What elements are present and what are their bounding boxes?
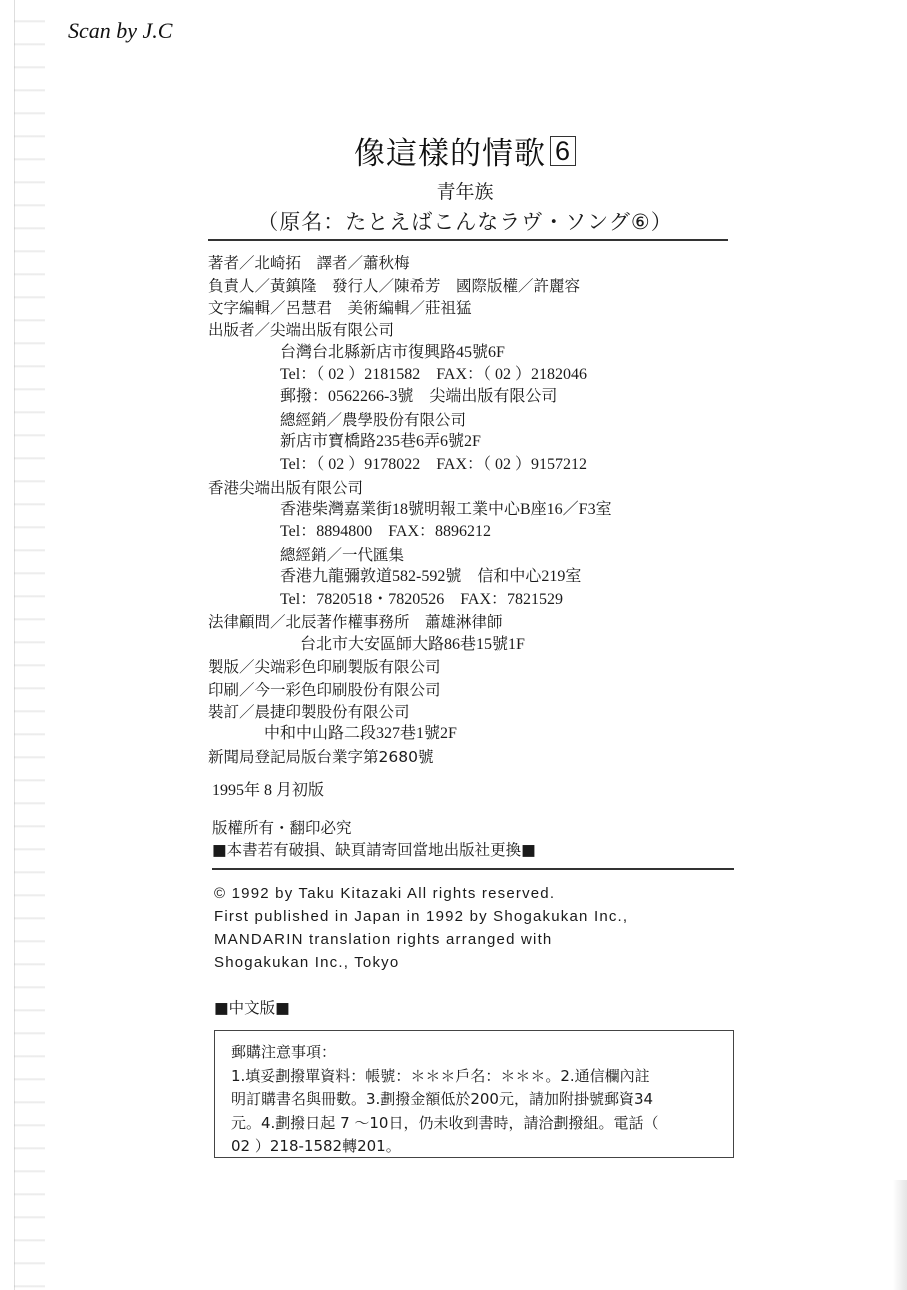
mail-order-heading: 郵購注意事項：: [231, 1041, 717, 1065]
publisher-tw-postal: 郵撥：0562266-3號 尖端出版有限公司: [280, 387, 557, 407]
mail-order-line: 明訂購書名與冊數。3.劃撥金額低於200元，請加附掛號郵資34: [231, 1088, 717, 1112]
publisher-hk-address: 香港柴灣嘉業街18號明報工業中心B座16／F3室: [280, 500, 612, 520]
title-block: 像這樣的情歌 6 青年族 （原名：たとえばこんなラヴ・ソング⑥）: [200, 128, 730, 236]
hk-distributor: 總經銷／一代匯集: [280, 545, 404, 565]
scan-shadow-edge: [893, 1180, 907, 1290]
tw-distributor-address: 新店市寶橋路235巷6弄6號2F: [280, 432, 481, 452]
production-plate: 製版／尖端彩色印刷製版有限公司: [208, 657, 441, 677]
credit-editors: 文字編輯／呂慧君 美術編輯／莊祖猛: [208, 298, 472, 318]
copyright-line-4: Shogakukan Inc., Tokyo: [214, 951, 399, 974]
production-printing: 印刷／今一彩色印刷股份有限公司: [208, 680, 441, 700]
book-title: 像這樣的情歌 6: [354, 128, 576, 173]
copyright-line-2: First published in Japan in 1992 by Shog…: [214, 905, 628, 928]
publisher-tw-tel-fax: Tel：（ 02 ）2181582 FAX：（ 02 ）2182046: [280, 365, 587, 385]
legal-counsel-address: 台北市大安區師大路86巷15號1F: [300, 635, 525, 655]
credit-publisher: 出版者／尖端出版有限公司: [208, 320, 394, 340]
replacement-notice: ■本書若有破損、缺頁請寄回當地出版社更換■: [212, 840, 536, 860]
publisher-tw-address: 台灣台北縣新店市復興路45號6F: [280, 343, 505, 363]
hk-distributor-tel-fax: Tel：7820518・7820526 FAX：7821529: [280, 590, 563, 610]
tw-distributor-tel-fax: Tel：（ 02 ）9178022 FAX：（ 02 ）9157212: [280, 455, 587, 475]
book-title-text: 像這樣的情歌: [354, 128, 546, 173]
legal-counsel: 法律顧問／北辰著作權事務所 蕭雄淋律師: [208, 612, 503, 632]
series-name: 青年族: [200, 177, 730, 204]
middle-divider: [212, 868, 734, 870]
mail-order-line: 02 ）218-1582轉201。: [231, 1135, 717, 1159]
binding-address: 中和中山路二段327巷1號2F: [264, 724, 457, 744]
original-title: （原名：たとえばこんなラヴ・ソング⑥）: [200, 206, 730, 236]
credit-author-translator: 著者／北崎拓 譯者／蕭秋梅: [208, 253, 410, 273]
registration-number: 新聞局登記局版台業字第2680號: [208, 747, 433, 767]
mail-order-line: 元。4.劃撥日起 7 ～10日，仍未收到書時，請洽劃撥組。電話（: [231, 1112, 717, 1136]
hk-distributor-address: 香港九龍彌敦道582-592號 信和中心219室: [280, 567, 581, 587]
top-divider: [208, 239, 728, 241]
credit-staff: 負責人／黃鎮隆 發行人／陳希芳 國際版權／許麗容: [208, 276, 580, 296]
scan-binding-edge: [14, 0, 45, 1290]
publisher-hk-name: 香港尖端出版有限公司: [208, 478, 363, 498]
volume-number-box: 6: [550, 136, 576, 166]
edition-date: 1995年 8 月初版: [212, 781, 324, 801]
copyright-line-3: MANDARIN translation rights arranged wit…: [214, 928, 552, 951]
scan-credit: Scan by J.C: [68, 18, 172, 44]
production-binding: 裝訂／晨捷印製股份有限公司: [208, 702, 410, 722]
mail-order-line: 1.填妥劃撥單資料：帳號：＊＊＊戶名：＊＊＊。2.通信欄內註: [231, 1065, 717, 1089]
mail-order-notice-box: 郵購注意事項： 1.填妥劃撥單資料：帳號：＊＊＊戶名：＊＊＊。2.通信欄內註 明…: [214, 1030, 734, 1158]
chinese-edition-label: ■中文版■: [214, 998, 290, 1018]
tw-distributor: 總經銷／農學股份有限公司: [280, 410, 466, 430]
copyright-line-1: © 1992 by Taku Kitazaki All rights reser…: [214, 882, 555, 905]
publisher-hk-tel-fax: Tel：8894800 FAX：8896212: [280, 522, 491, 542]
rights-notice: 版權所有・翻印必究: [212, 818, 352, 838]
